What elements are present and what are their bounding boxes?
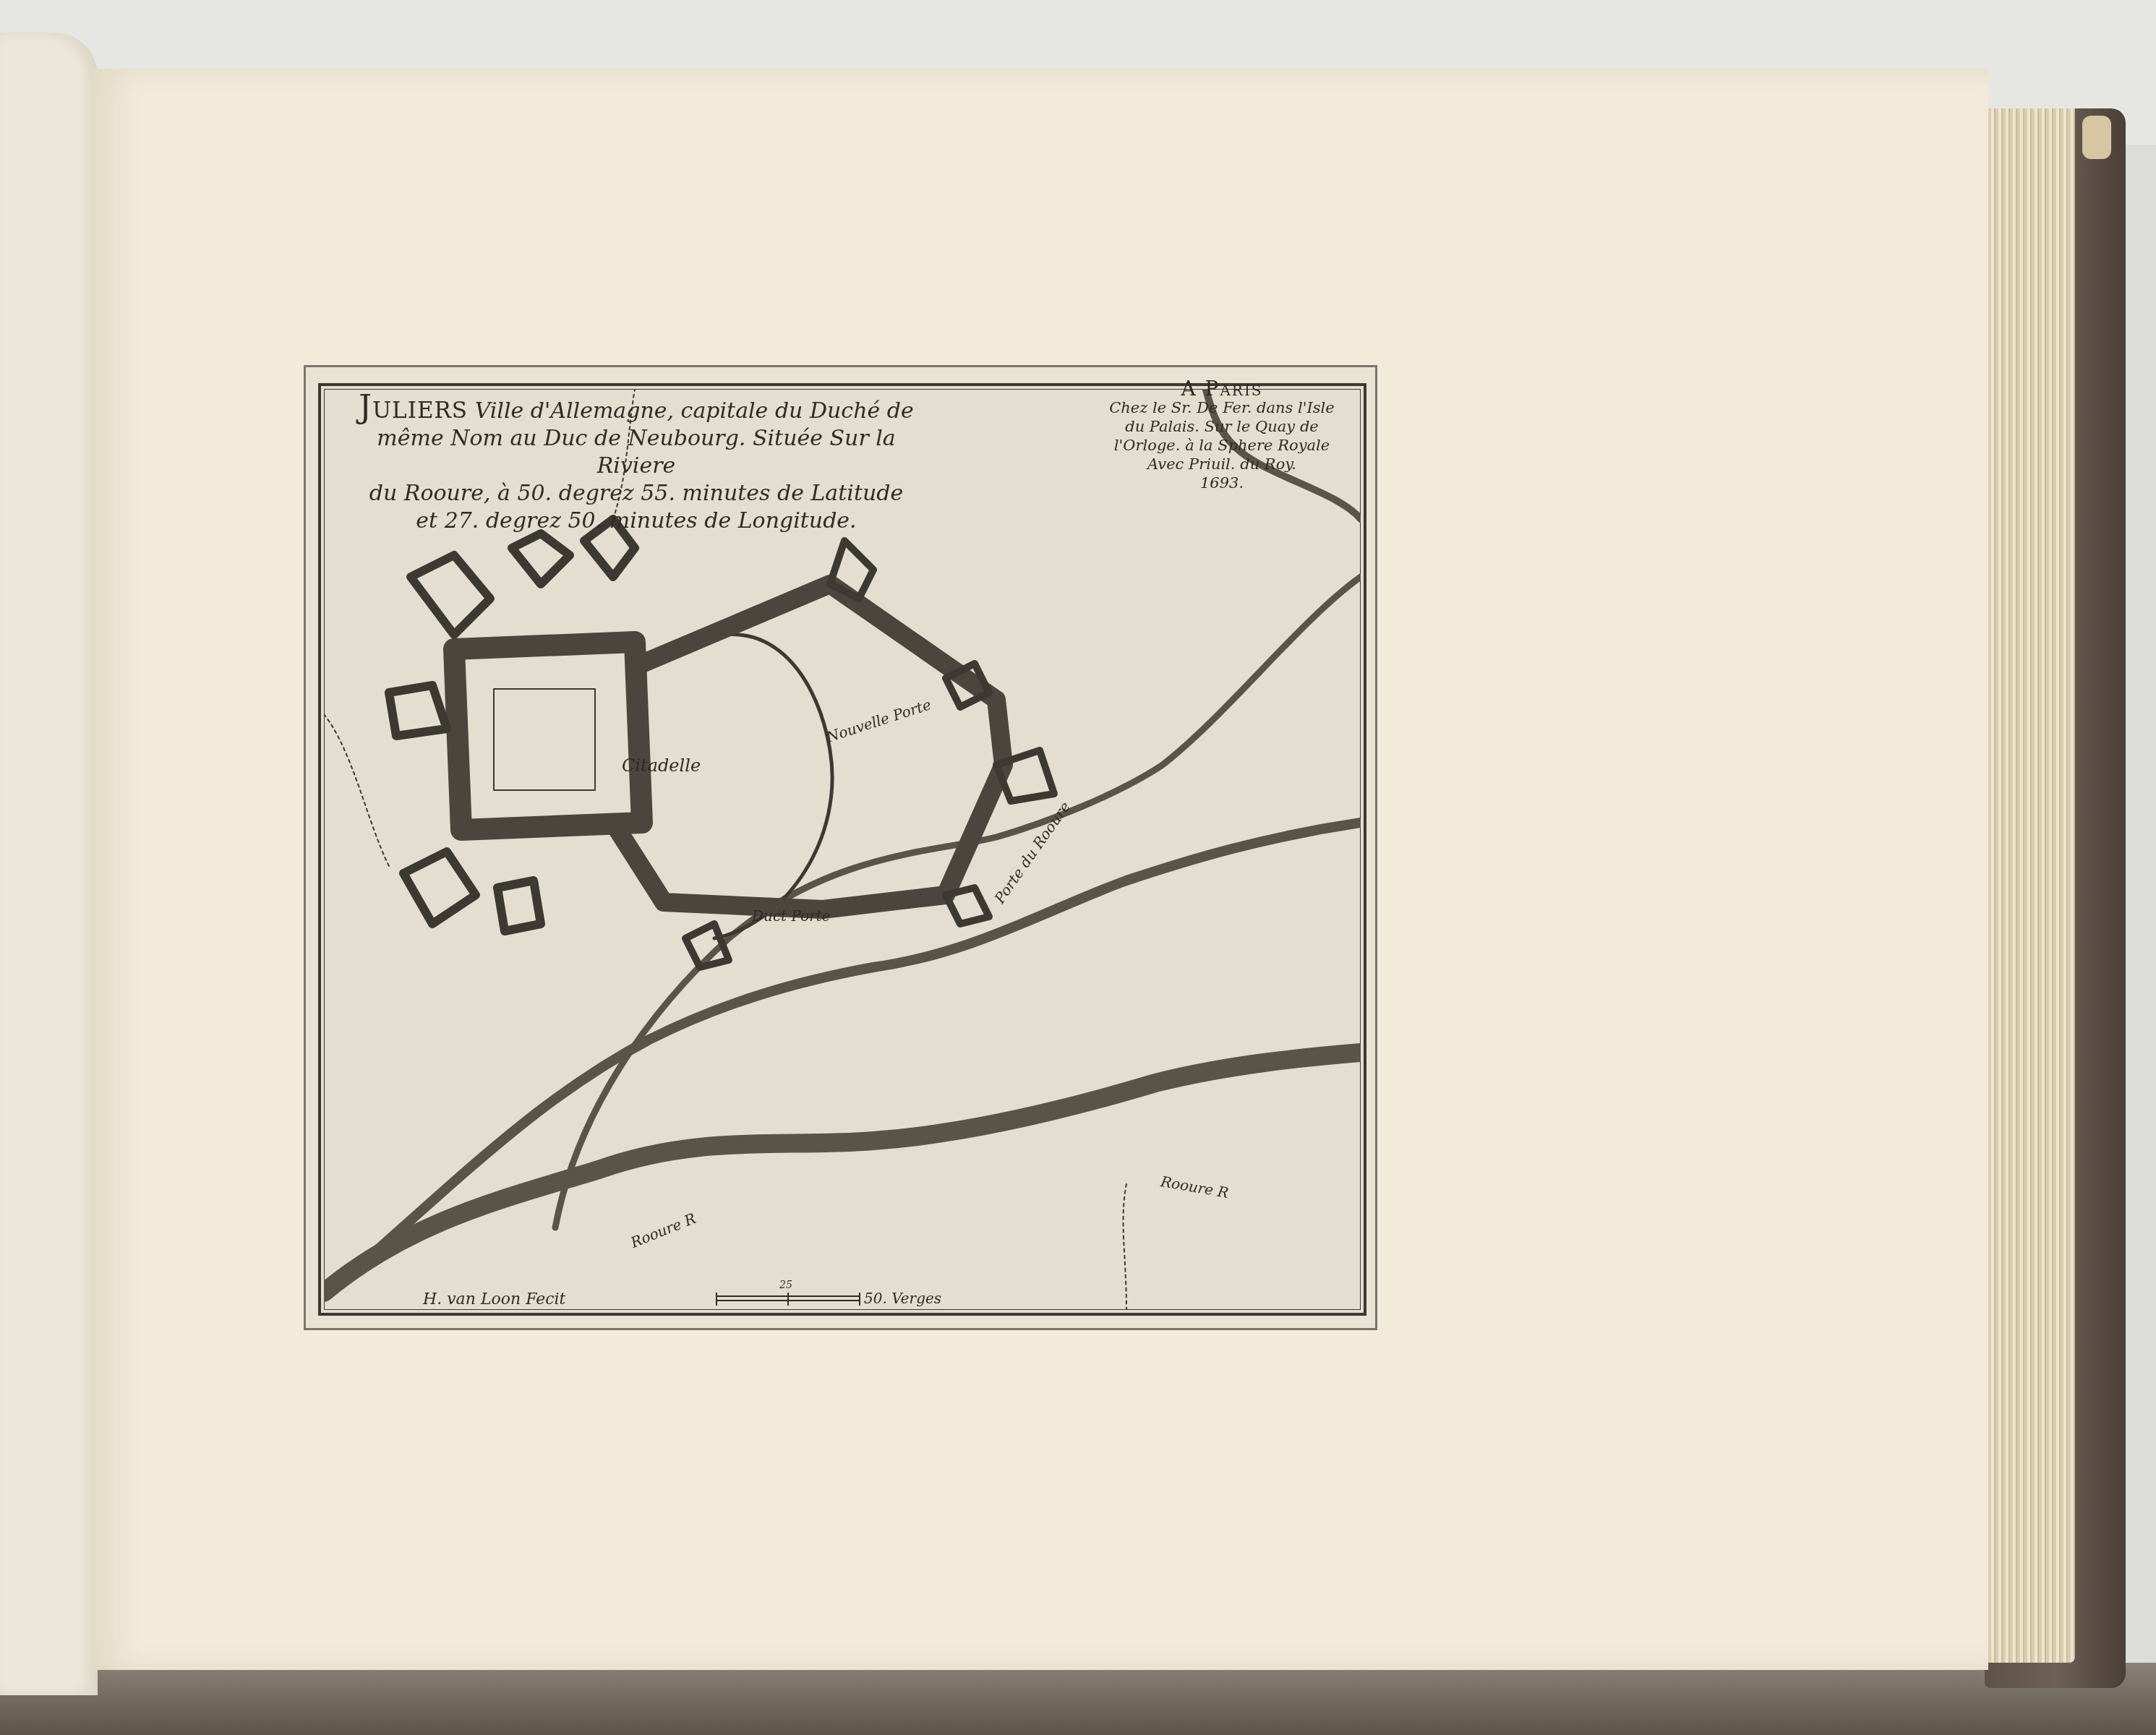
citadel-walls [454,642,642,830]
cartouche-line: Avec Priuil. du Roy. [1085,455,1359,474]
publisher-cartouche: A Paris Chez le Sr. De Fer. dans l'Isle … [1085,380,1359,499]
map-title-line: Ville d'Allemagne, capitale du Duché de [475,398,914,424]
map-title-line: du Rooure, à 50. degrez 55. minutes de L… [369,481,904,506]
road-dotted [324,714,389,866]
label-citadelle: Citadelle [622,755,701,776]
map-title-line: même Nom au Duc de Neubourg. Située Sur … [377,426,896,479]
scale-bar: 25 50. Verges [716,1287,1005,1316]
scale-tick [716,1293,717,1306]
table-surface [0,1663,2156,1735]
scale-tick [787,1293,789,1306]
scale-tick [859,1293,860,1306]
road-dotted [1124,1184,1126,1310]
book-page-edges [1981,108,2075,1663]
label-duct-porte: Duct Porte [752,907,831,925]
map-title-city: Juliers [359,389,468,426]
cartouche-line: l'Orloge. à la Sphere Royale [1085,436,1359,455]
scale-mid-label: 25 [779,1280,792,1291]
map-title-line: et 27. degrez 50. minutes de Longitude. [416,508,856,534]
citadel-courtyard [494,689,595,790]
cartouche-city: A Paris [1085,380,1359,398]
map-title: Juliers Ville d'Allemagne, capitale du D… [340,394,933,535]
town-walls [613,584,1004,909]
cartouche-year: 1693. [1085,474,1359,492]
inner-stream [685,635,832,938]
cartouche-line: du Palais. Sur le Quay de [1085,417,1359,436]
engraver-signature: H. van Loon Fecit [423,1290,565,1308]
scale-end-label: 50. Verges [864,1290,941,1307]
book-spine-headcap [2082,116,2111,159]
cartouche-line: Chez le Sr. De Fer. dans l'Isle [1085,398,1359,417]
river-roer-main [324,1053,1361,1293]
left-page-leaf [0,33,98,1695]
